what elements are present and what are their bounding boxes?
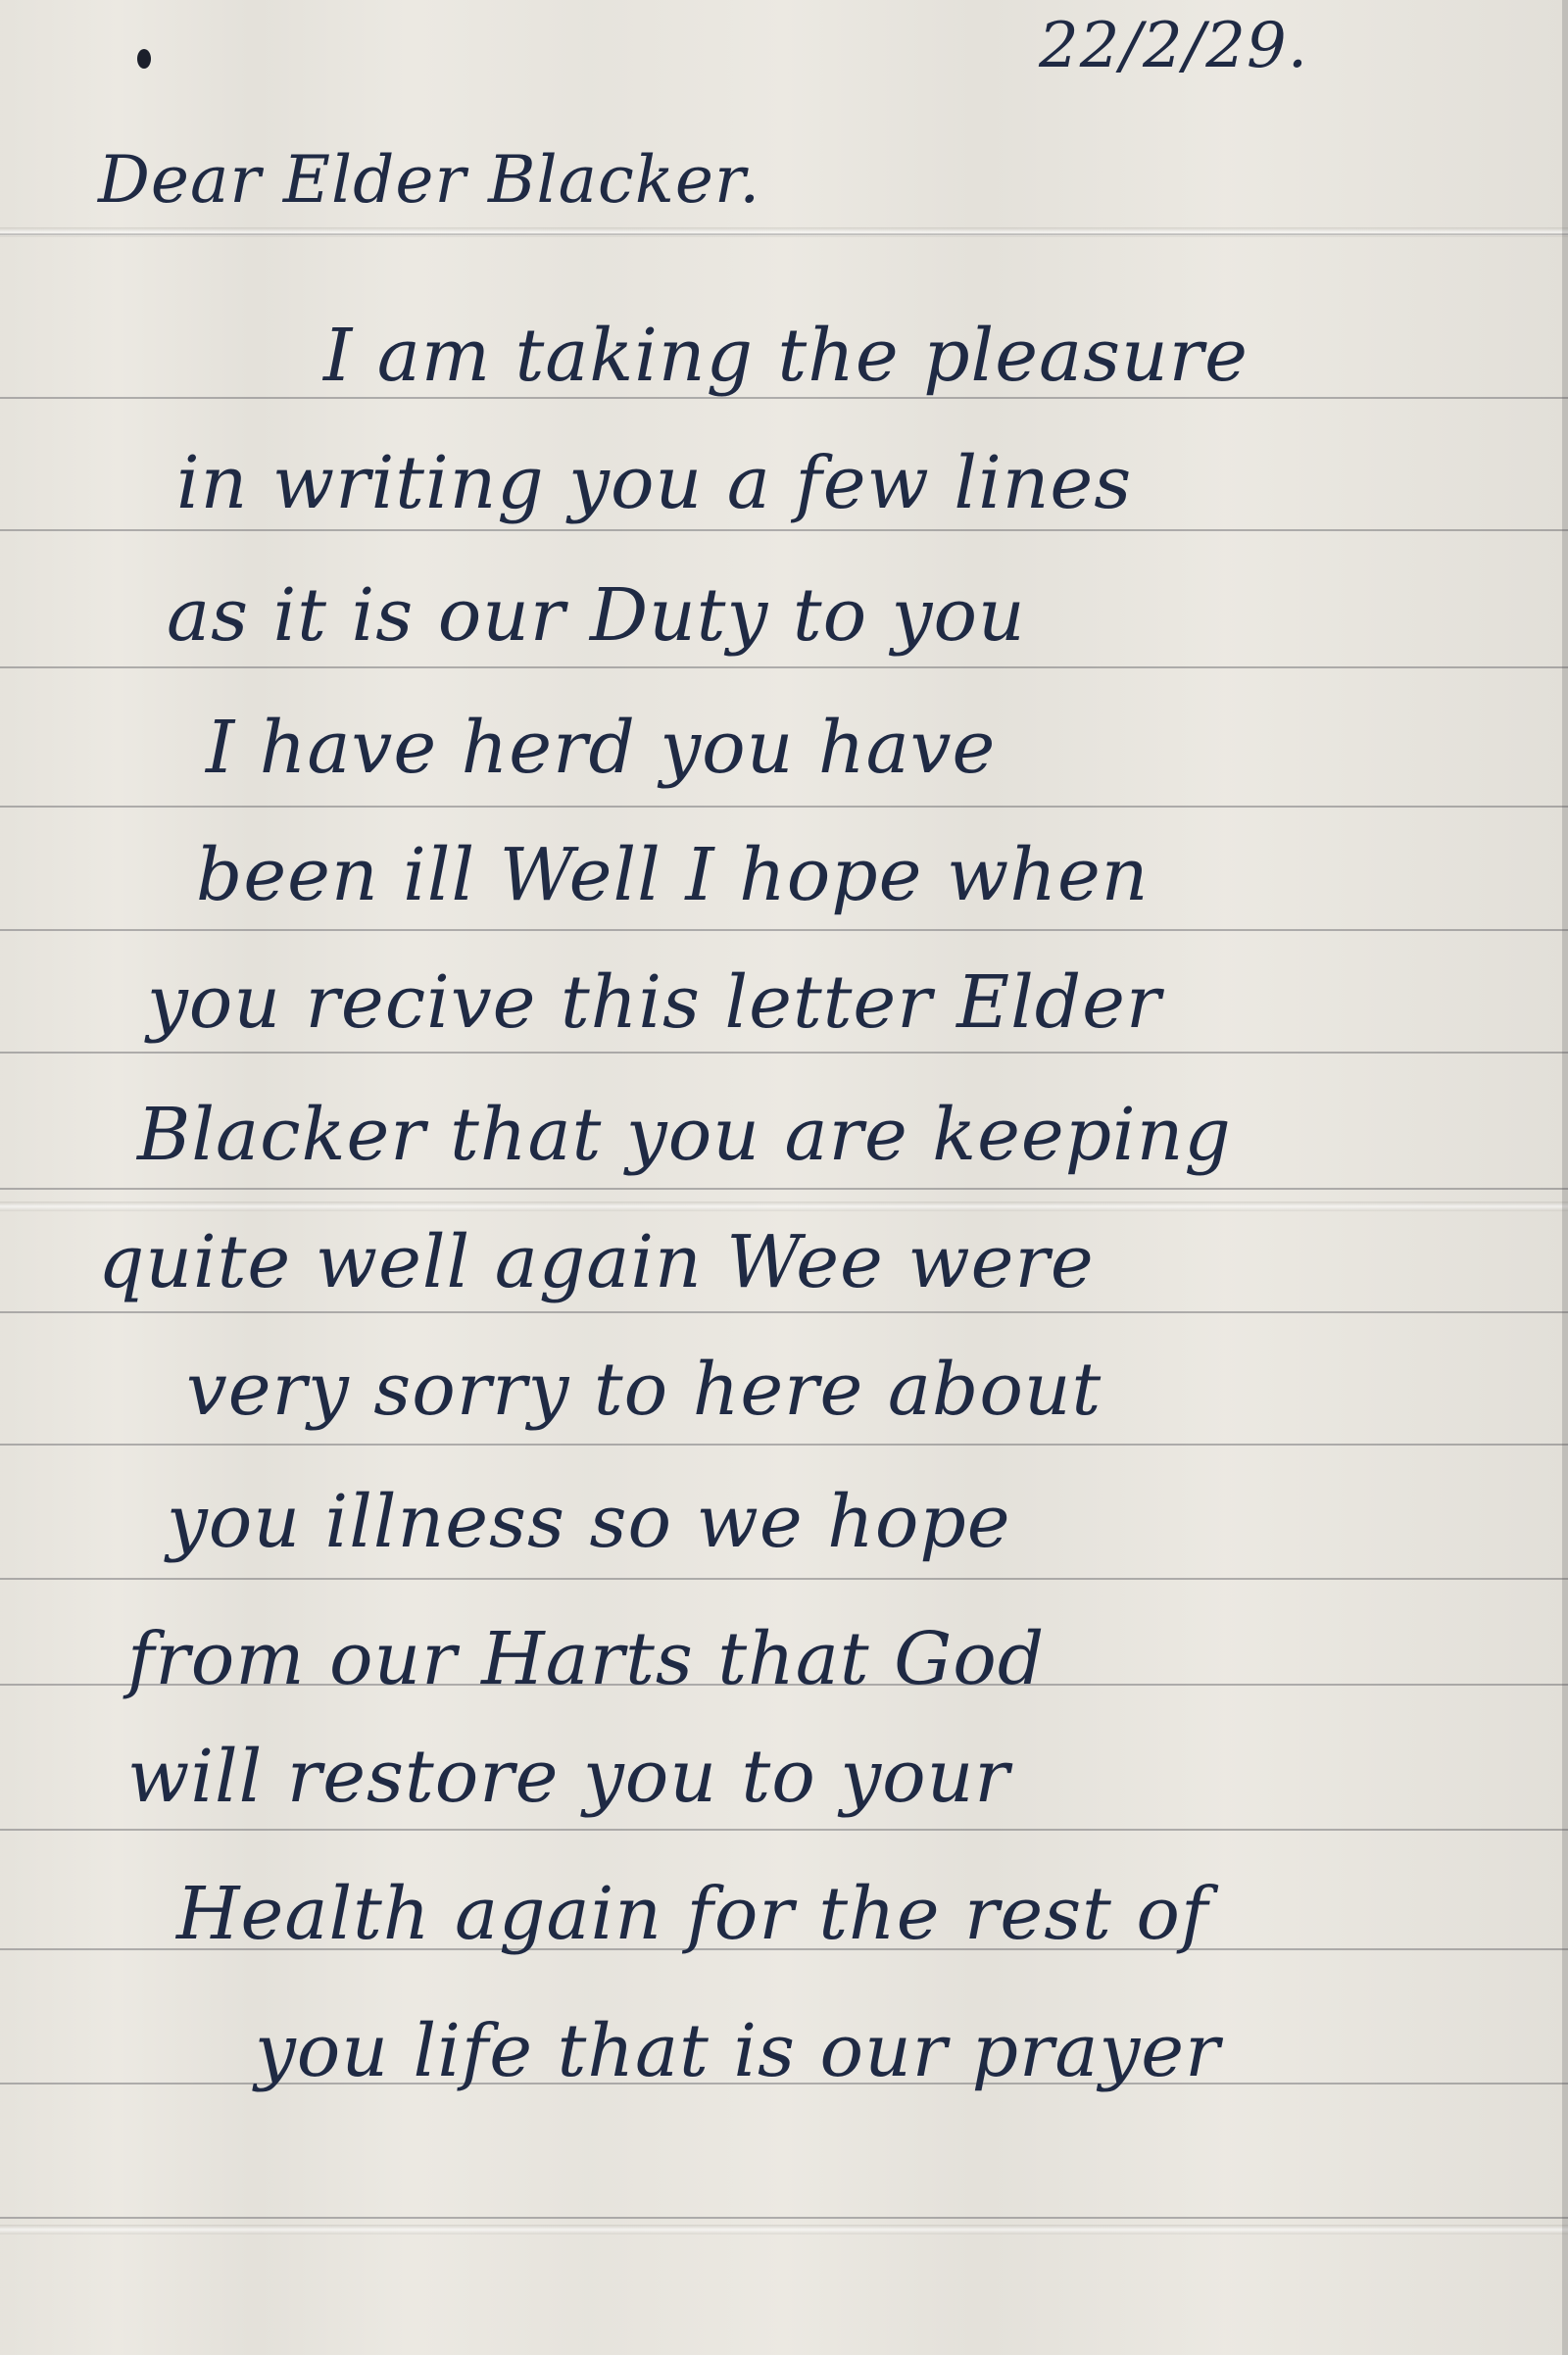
letter-line-8: quite well again Wee were <box>98 1220 1095 1304</box>
ruled-line <box>0 2217 1568 2219</box>
letter-line-7: Blacker that you are keeping <box>137 1093 1232 1177</box>
letter-line-3: as it is our Duty to you <box>167 573 1026 658</box>
letter-line-14: you life that is our prayer <box>255 2009 1220 2093</box>
letter-line-12: will restore you to your <box>127 1735 1010 1819</box>
letter-line-4: I have herd you have <box>206 706 996 790</box>
ruled-line <box>0 1052 1568 1054</box>
ruled-line <box>0 929 1568 931</box>
letter-line-11: from our Harts that God <box>127 1617 1045 1701</box>
ruled-line <box>0 1829 1568 1831</box>
ruled-line <box>0 806 1568 808</box>
letter-line-9: very sorry to here about <box>186 1348 1102 1432</box>
fold-crease <box>0 2225 1568 2234</box>
letter-line-2: in writing you a few lines <box>176 441 1132 525</box>
letter-page: 22/2/29. Dear Elder Blacker. I am taking… <box>0 0 1568 2355</box>
salutation: Dear Elder Blacker. <box>98 142 760 218</box>
ink-blot <box>137 49 151 69</box>
ruled-line <box>0 1444 1568 1446</box>
letter-line-1: I am taking the pleasure <box>323 314 1249 398</box>
letter-line-5: been ill Well I hope when <box>196 833 1149 917</box>
letter-line-13: Health again for the rest of <box>176 1872 1208 1956</box>
paper-edge <box>1562 0 1568 2355</box>
ruled-line <box>0 1188 1568 1190</box>
ruled-line <box>0 1311 1568 1313</box>
fold-crease <box>0 227 1568 237</box>
letter-date: 22/2/29. <box>1039 10 1308 82</box>
letter-line-10: you illness so we hope <box>167 1480 1011 1564</box>
line-10-start: you illness so we hope <box>167 1480 1011 1564</box>
ruled-line <box>0 1578 1568 1580</box>
ruled-line <box>0 529 1568 531</box>
ruled-line <box>0 666 1568 668</box>
letter-line-6: you recive this letter Elder <box>147 960 1161 1045</box>
fold-crease <box>0 1202 1568 1211</box>
